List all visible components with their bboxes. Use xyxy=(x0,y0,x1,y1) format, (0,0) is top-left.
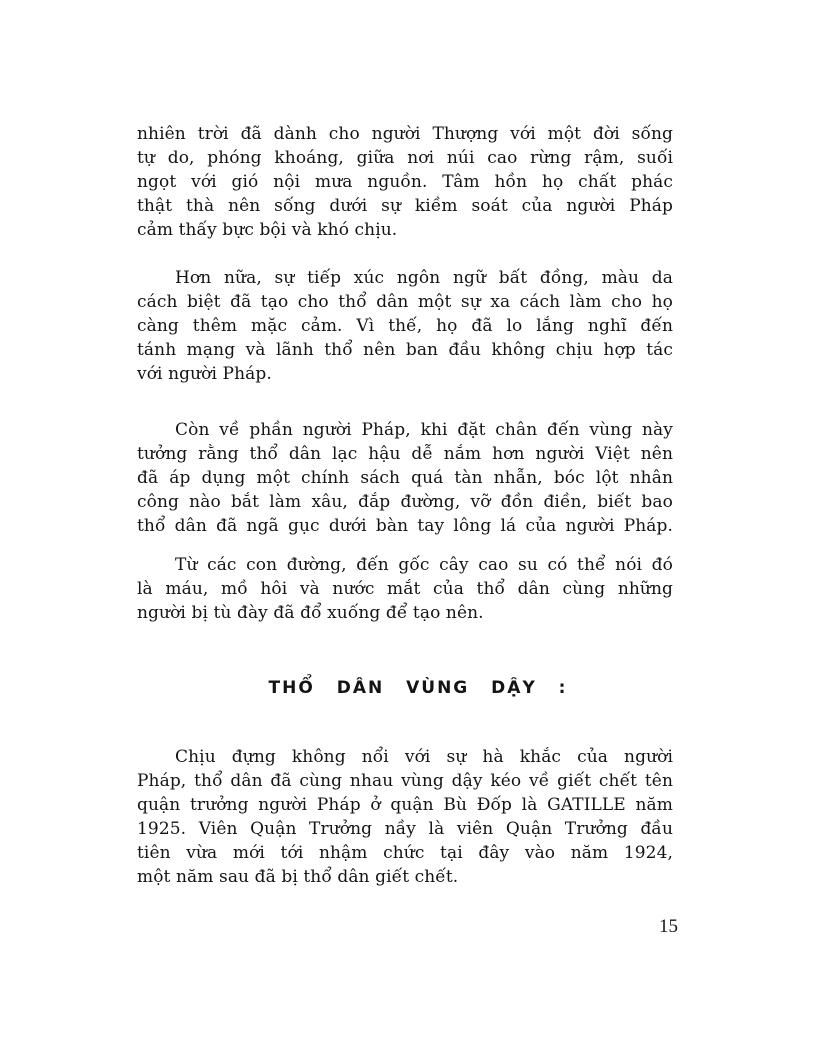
text-line: công nào bắt làm xâu, đắp đường, vỡ đồn … xyxy=(137,490,673,514)
text-line: thật thà nên sống dưới sự kiềm soát của … xyxy=(137,194,673,218)
text-line: một năm sau đã bị thổ dân giết chết. xyxy=(137,865,673,889)
section-heading-text: THỔ DÂN VÙNG DẬY : xyxy=(269,678,568,698)
text-line: 1925. Viên Quận Trưởng nầy là viên Quận … xyxy=(137,817,673,841)
text-line: ngọt với gió nội mưa nguồn. Tâm hồn họ c… xyxy=(137,170,673,194)
text-line: Hơn nữa, sự tiếp xúc ngôn ngữ bất đồng, … xyxy=(137,266,673,290)
text-line: với người Pháp. xyxy=(137,362,673,386)
section-paragraph-1: Chịu đựng không nổi với sự hà khắc của n… xyxy=(137,745,673,889)
paragraph-2: Hơn nữa, sự tiếp xúc ngôn ngữ bất đồng, … xyxy=(137,266,673,386)
text-line: Chịu đựng không nổi với sự hà khắc của n… xyxy=(137,745,673,769)
text-line: tánh mạng và lãnh thổ nên ban đầu không … xyxy=(137,338,673,362)
paragraph-1: nhiên trời đã dành cho người Thượng với … xyxy=(137,122,673,242)
text-line: Pháp, thổ dân đã cùng nhau vùng dậy kéo … xyxy=(137,769,673,793)
page-number: 15 xyxy=(659,916,678,938)
text-line: Từ các con đường, đến gốc cây cao su có … xyxy=(137,553,673,577)
text-line: Còn về phần người Pháp, khi đặt chân đến… xyxy=(137,418,673,442)
paragraph-3: Còn về phần người Pháp, khi đặt chân đến… xyxy=(137,418,673,538)
text-line: người bị tù đày đã đổ xuống để tạo nên. xyxy=(137,601,673,625)
section-heading: THỔ DÂN VÙNG DẬY : xyxy=(0,678,816,698)
text-line: càng thêm mặc cảm. Vì thế, họ đã lo lắng… xyxy=(137,314,673,338)
text-line: quận trưởng người Pháp ở quận Bù Đốp là … xyxy=(137,793,673,817)
text-line: tiên vừa mới tới nhậm chức tại đây vào n… xyxy=(137,841,673,865)
text-line: đã áp dụng một chính sách quá tàn nhẫn, … xyxy=(137,466,673,490)
paragraph-4: Từ các con đường, đến gốc cây cao su có … xyxy=(137,553,673,625)
text-line: cách biệt đã tạo cho thổ dân một sự xa c… xyxy=(137,290,673,314)
text-line: thổ dân đã ngã gục dưới bàn tay lông lá … xyxy=(137,514,673,538)
text-line: tưởng rằng thổ dân lạc hậu dễ nắm hơn ng… xyxy=(137,442,673,466)
text-line: tự do, phóng khoáng, giữa nơi núi cao rừ… xyxy=(137,146,673,170)
text-line: là máu, mồ hôi và nước mắt của thổ dân c… xyxy=(137,577,673,601)
text-line: nhiên trời đã dành cho người Thượng với … xyxy=(137,122,673,146)
text-line: cảm thấy bực bội và khó chịu. xyxy=(137,218,673,242)
document-page: nhiên trời đã dành cho người Thượng với … xyxy=(0,0,816,1056)
